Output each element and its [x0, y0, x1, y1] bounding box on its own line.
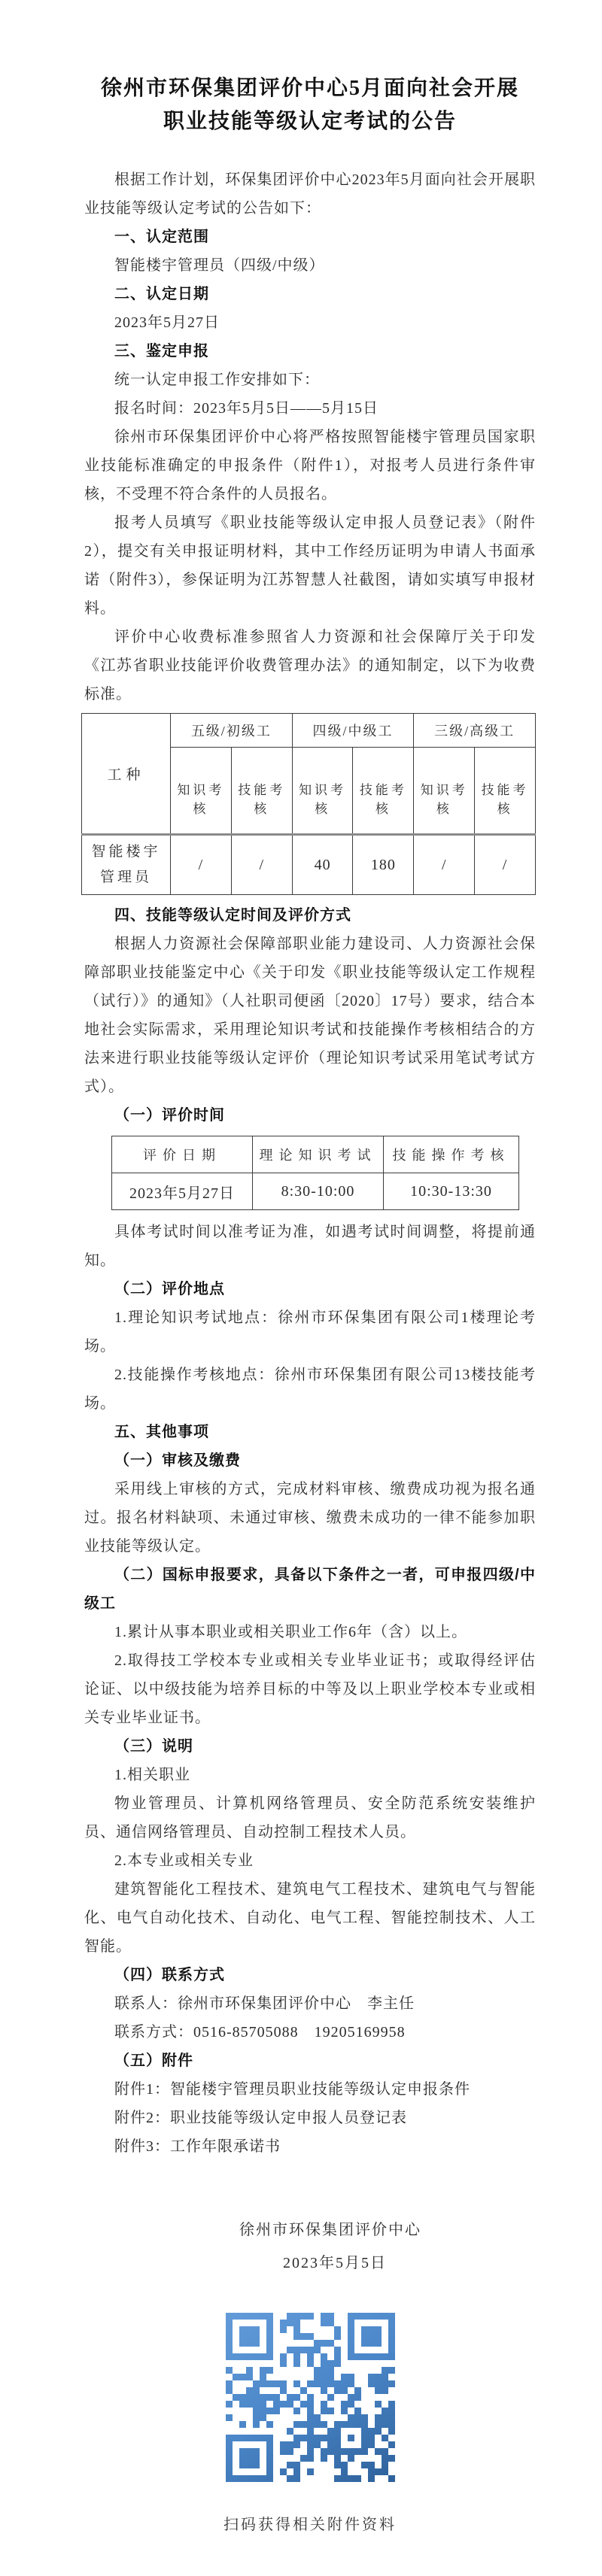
time-table-theory-time: 8:30-10:00 — [253, 1173, 384, 1210]
attachment-1: 附件1：智能楼宇管理员职业技能等级认定申报条件 — [84, 2075, 536, 2104]
section-5-sub1-paragraph: 采用线上审核的方式，完成材料审核、缴费成功视为报名通过。报名材料缺项、未通过审核… — [84, 1475, 536, 1561]
section-5-related-jobs-body: 物业管理员、计算机网络管理员、安全防范系统安装维护员、通信网络管理员、自动控制工… — [84, 1789, 536, 1846]
qr-caption: 扫码获得相关附件资料 — [84, 2512, 536, 2534]
section-1-item: 智能楼宇管理员（四级/中级） — [84, 251, 536, 280]
section-5-heading: 五、其他事项 — [84, 1418, 536, 1446]
section-3-paragraph-4: 报考人员填写《职业技能等级认定申报人员登记表》（附件2），提交有关申报证明材料，… — [84, 508, 536, 623]
section-5-sub2-item-2: 2.取得技工学校本专业或相关专业毕业证书；或取得经评估论证、以中级技能为培养目标… — [84, 1646, 536, 1732]
fee-table-value: / — [171, 835, 232, 895]
time-table-skill-time: 10:30-13:30 — [384, 1173, 519, 1210]
page-title-line2: 职业技能等级认定考试的公告 — [163, 110, 457, 133]
section-5-sub2-heading: （二）国标申报要求，具备以下条件之一者，可申报四级/中级工 — [84, 1561, 536, 1618]
section-4-location-2: 2.技能操作考核地点：徐州市环保集团有限公司13楼技能考场。 — [84, 1361, 536, 1418]
section-5-sub3-heading: （三）说明 — [84, 1732, 536, 1761]
section-1-heading: 一、认定范围 — [84, 223, 536, 251]
fee-table-group-level4: 四级/中级工 — [292, 714, 414, 748]
table-row: 智能楼宇管理员 / / 40 180 / / — [82, 835, 536, 895]
page-title: 徐州市环保集团评价中心5月面向社会开展职业技能等级认定考试的公告 — [84, 72, 536, 138]
signature-date: 2023年5月5日 — [84, 2247, 536, 2280]
fee-table-subheader: 技能考核 — [475, 748, 536, 835]
fee-table-subheader: 技能考核 — [231, 748, 292, 835]
section-3-paragraph-5: 评价中心收费标准参照省人力资源和社会保障厅关于印发《江苏省职业技能评价收费管理办… — [84, 623, 536, 708]
fee-table-value: / — [475, 835, 536, 895]
section-3-paragraph-2: 报名时间：2023年5月5日——5月15日 — [84, 394, 536, 423]
fee-table-subheader: 知识考核 — [171, 748, 232, 835]
attachment-2: 附件2：职业技能等级认定申报人员登记表 — [84, 2104, 536, 2132]
section-3-paragraph-3: 徐州市环保集团评价中心将严格按照智能楼宇管理员国家职业技能标准确定的申报条件（附… — [84, 423, 536, 508]
section-4-after-table-note: 具体考试时间以准考证为准，如遇考试时间调整，将提前通知。 — [84, 1218, 536, 1275]
fee-table-subheader: 知识考核 — [414, 748, 475, 835]
section-2-item: 2023年5月27日 — [84, 308, 536, 337]
page-title-line1: 徐州市环保集团评价中心5月面向社会开展 — [101, 77, 519, 100]
section-4-sub1-heading: （一）评价时间 — [84, 1101, 536, 1130]
attachment-3: 附件3：工作年限承诺书 — [84, 2132, 536, 2161]
contact-phone: 联系方式：0516-85705088 19205169958 — [84, 2018, 536, 2047]
section-4-heading: 四、技能等级认定时间及评价方式 — [84, 901, 536, 930]
section-5-related-majors-body: 建筑智能化工程技术、建筑电气工程技术、建筑电气与智能化、电气自动化技术、自动化、… — [84, 1875, 536, 1961]
time-table-header: 理论知识考试 — [253, 1136, 384, 1173]
fee-table-value: 40 — [292, 835, 353, 895]
fee-table-subheader: 知识考核 — [292, 748, 353, 835]
evaluation-time-table: 评价日期 理论知识考试 技能操作考核 2023年5月27日 8:30-10:00… — [111, 1136, 519, 1210]
section-5-related-jobs-title: 1.相关职业 — [84, 1761, 536, 1789]
section-5-sub2-item-1: 1.累计从事本职业或相关职业工作6年（含）以上。 — [84, 1618, 536, 1646]
fee-table-group-level5: 五级/初级工 — [171, 714, 293, 748]
qr-code — [226, 2313, 395, 2482]
table-row: 2023年5月27日 8:30-10:00 10:30-13:30 — [112, 1173, 519, 1210]
table-row: 工种 五级/初级工 四级/中级工 三级/高级工 — [82, 714, 536, 748]
time-table-date: 2023年5月27日 — [112, 1173, 253, 1210]
signature-organization: 徐州市环保集团评价中心 — [84, 2213, 536, 2247]
time-table-header: 评价日期 — [112, 1136, 253, 1173]
fee-standard-table: 工种 五级/初级工 四级/中级工 三级/高级工 知识考核 技能考核 知识考核 技… — [81, 713, 536, 895]
signature-block: 徐州市环保集团评价中心 2023年5月5日 — [84, 2213, 536, 2280]
section-5-sub5-heading: （五）附件 — [84, 2047, 536, 2075]
section-5-related-majors-title: 2.本专业或相关专业 — [84, 1846, 536, 1875]
time-table-header: 技能操作考核 — [384, 1136, 519, 1173]
fee-table-corner-cell: 工种 — [82, 714, 171, 835]
section-4-paragraph-1: 根据人力资源社会保障部职业能力建设司、人力资源社会保障部职业技能鉴定中心《关于印… — [84, 930, 536, 1101]
section-4-location-1: 1.理论知识考试地点：徐州市环保集团有限公司1楼理论考场。 — [84, 1303, 536, 1361]
fee-table-value: / — [414, 835, 475, 895]
section-3-heading: 三、鉴定申报 — [84, 337, 536, 366]
table-row: 评价日期 理论知识考试 技能操作考核 — [112, 1136, 519, 1173]
fee-table-occupation: 智能楼宇管理员 — [82, 835, 171, 895]
fee-table-value: / — [231, 835, 292, 895]
intro-paragraph: 根据工作计划，环保集团评价中心2023年5月面向社会开展职业技能等级认定考试的公… — [84, 165, 536, 223]
section-5-sub1-heading: （一）审核及缴费 — [84, 1446, 536, 1475]
fee-table-group-level3: 三级/高级工 — [414, 714, 536, 748]
contact-person: 联系人：徐州市环保集团评价中心 李主任 — [84, 1989, 536, 2018]
section-2-heading: 二、认定日期 — [84, 280, 536, 308]
section-3-paragraph-1: 统一认定申报工作安排如下： — [84, 366, 536, 394]
document-page: 徐州市环保集团评价中心5月面向社会开展职业技能等级认定考试的公告 根据工作计划，… — [0, 0, 602, 2576]
section-5-sub4-heading: （四）联系方式 — [84, 1961, 536, 1989]
fee-table-value: 180 — [353, 835, 414, 895]
section-4-sub2-heading: （二）评价地点 — [84, 1275, 536, 1303]
fee-table-subheader: 技能考核 — [353, 748, 414, 835]
